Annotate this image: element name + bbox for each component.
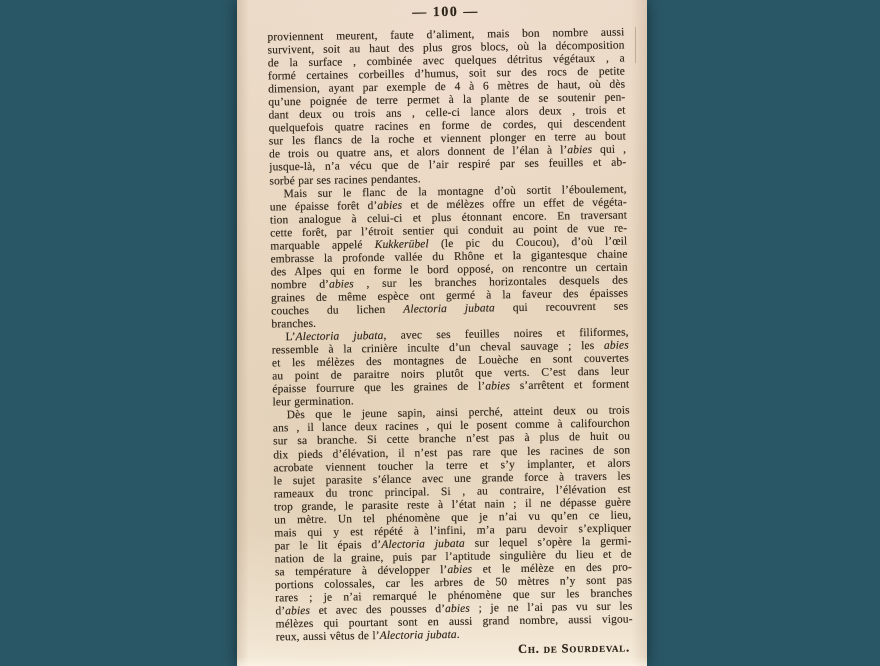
- page-background: — 100 — proviennent meurent, faute d’ali…: [0, 0, 880, 666]
- page-content: — 100 — proviennent meurent, faute d’ali…: [267, 3, 633, 661]
- paragraph: Mais sur le flanc de la montagne d’où so…: [270, 183, 629, 331]
- scan-artifact-line: [635, 27, 636, 63]
- text-column: proviennent meurent, faute d’aliment, ma…: [267, 27, 633, 645]
- page-number: — 100 —: [267, 3, 624, 25]
- paragraph: proviennent meurent, faute d’aliment, ma…: [267, 27, 626, 189]
- paragraph: Dès que le jeune sapin, ainsi perché, at…: [273, 405, 633, 645]
- book-page: — 100 — proviennent meurent, faute d’ali…: [237, 0, 647, 666]
- page-bottom-edge: [237, 656, 647, 666]
- paragraph: L’Alectoria jubata, avec ses feuilles no…: [272, 327, 630, 410]
